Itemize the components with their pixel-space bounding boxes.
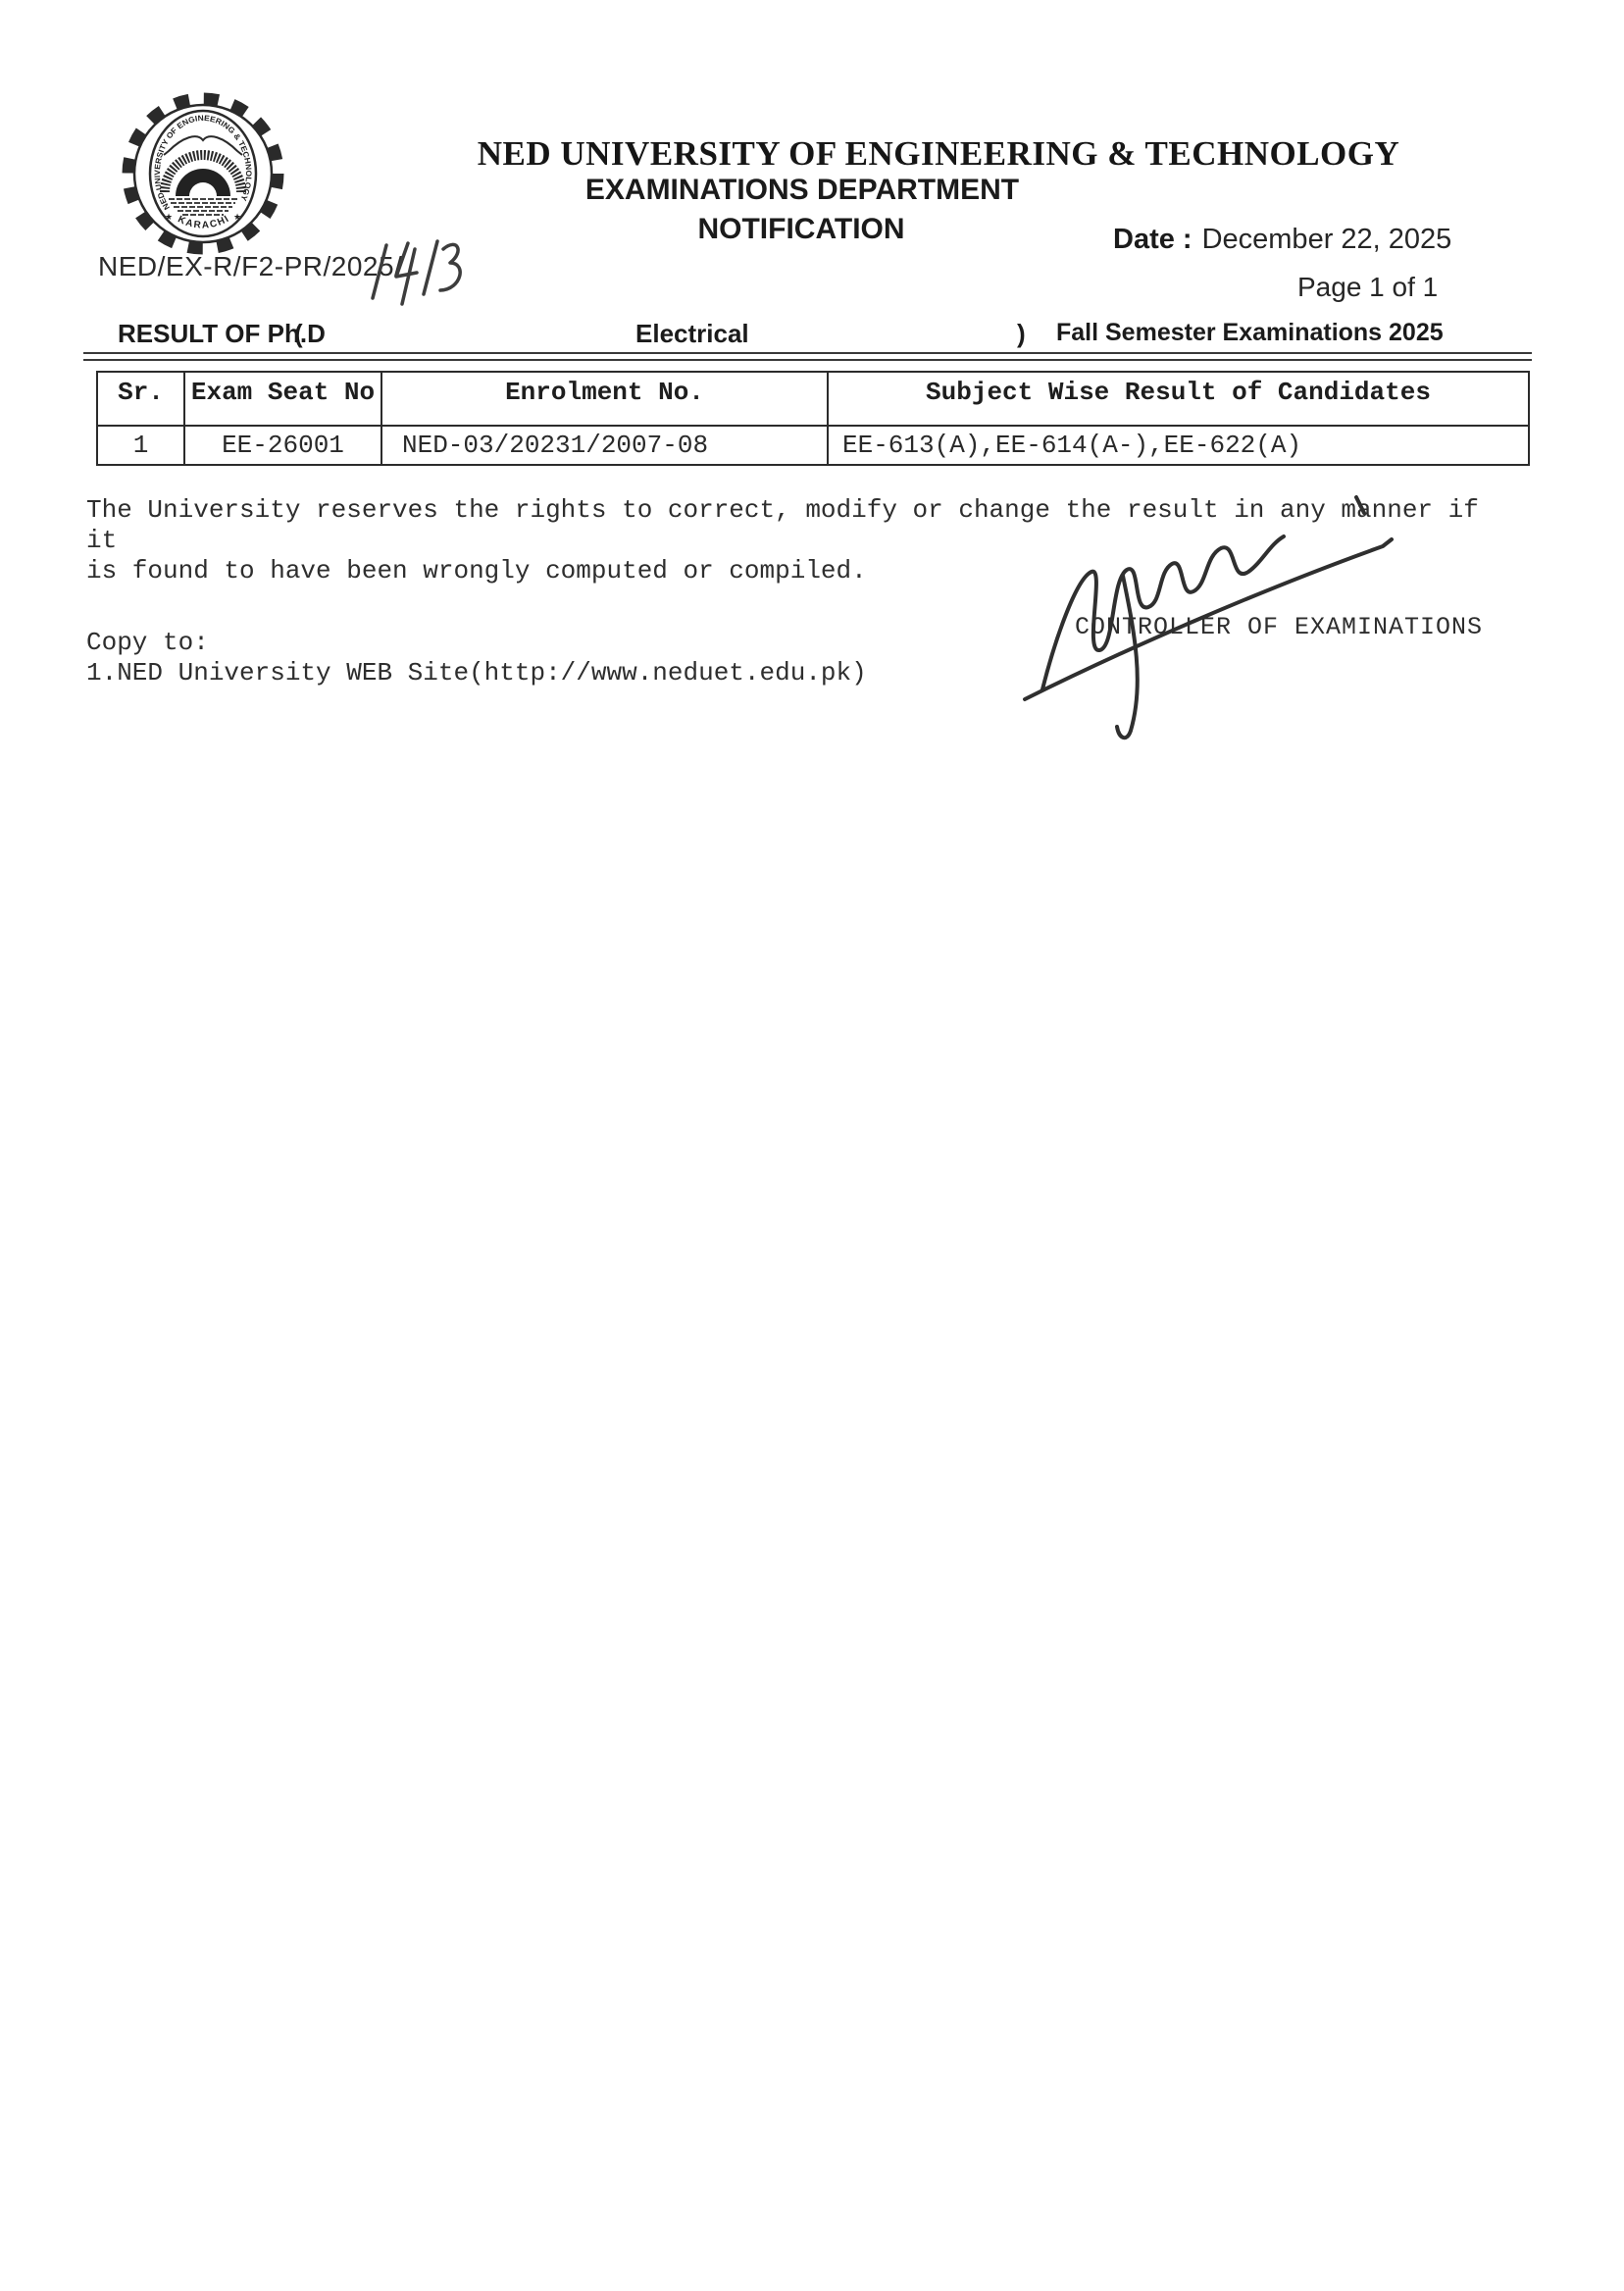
col-header-enrolment: Enrolment No. xyxy=(381,372,828,426)
col-header-subject-result: Subject Wise Result of Candidates xyxy=(828,372,1529,426)
notification-document: NED UNIVERSITY OF ENGINEERING & TECHNOLO… xyxy=(0,0,1624,2291)
date-label: Date : xyxy=(1113,224,1193,255)
exam-session: Fall Semester Examinations 2025 xyxy=(1056,319,1444,347)
handwritten-ref-number xyxy=(365,233,473,312)
document-type-title: NOTIFICATION xyxy=(697,213,904,246)
program-name: Electrical xyxy=(635,319,749,349)
university-seal-logo: NED UNIVERSITY OF ENGINEERING & TECHNOLO… xyxy=(98,88,309,260)
divider-rule-bottom xyxy=(83,359,1532,361)
signature-handwriting xyxy=(1005,485,1417,750)
seal-star-left: ★ xyxy=(165,212,173,222)
seal-star-right: ★ xyxy=(233,212,241,222)
cell-seat-no: EE-26001 xyxy=(184,426,381,465)
divider-rule-top xyxy=(83,352,1532,354)
department-title: EXAMINATIONS DEPARTMENT xyxy=(585,174,1019,207)
cell-subject-result: EE-613(A),EE-614(A-),EE-622(A) xyxy=(828,426,1529,465)
table-header-row: Sr. Exam Seat No Enrolment No. Subject W… xyxy=(97,372,1529,426)
copy-to-item: 1.NED University WEB Site(http://www.ned… xyxy=(86,658,867,687)
university-name: NED UNIVERSITY OF ENGINEERING & TECHNOLO… xyxy=(478,134,1400,174)
reference-number: NED/EX-R/F2-PR/2025/ xyxy=(98,251,402,282)
date-value: December 22, 2025 xyxy=(1202,224,1452,255)
table-row: 1 EE-26001 NED-03/20231/2007-08 EE-613(A… xyxy=(97,426,1529,465)
open-paren: ( xyxy=(294,319,303,349)
cell-enrolment: NED-03/20231/2007-08 xyxy=(381,426,828,465)
col-header-sr: Sr. xyxy=(97,372,184,426)
cell-sr: 1 xyxy=(97,426,184,465)
copy-to-label: Copy to: xyxy=(86,628,209,657)
col-header-seat-no: Exam Seat No xyxy=(184,372,381,426)
date-line: Date :December 22, 2025 xyxy=(1113,224,1451,256)
close-paren: ) xyxy=(1017,319,1026,349)
results-table: Sr. Exam Seat No Enrolment No. Subject W… xyxy=(96,371,1530,466)
page-number: Page 1 of 1 xyxy=(1297,272,1438,303)
